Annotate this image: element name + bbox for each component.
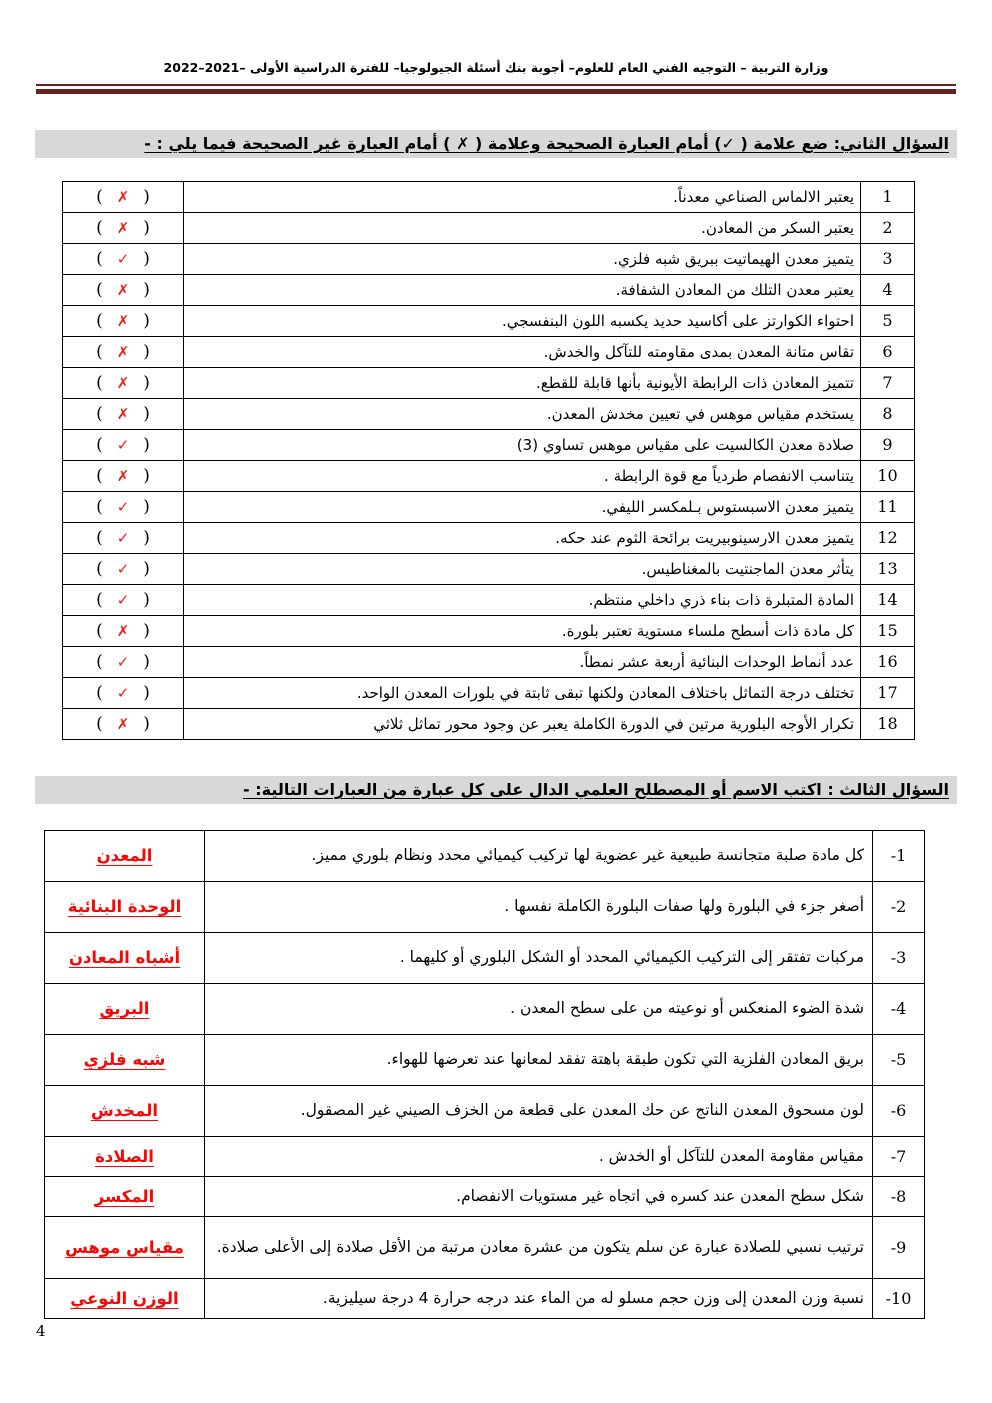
row-number: 6 (861, 336, 915, 367)
table-row: 5احتواء الكوارتز على أكاسيد حديد يكسبه ا… (63, 305, 915, 336)
answer-mark-cell: (✓) (63, 646, 184, 677)
row-number: -3 (873, 932, 925, 983)
statement-text: يتميز معدن الاسبستوس بـلمكسر الليفي. (184, 491, 861, 522)
statement-text: صلادة معدن الكالسيت على مقياس موهس تساوي… (184, 429, 861, 460)
table-row: 10يتناسب الانفصام طردياً مع قوة الرابطة … (63, 460, 915, 491)
row-number: 16 (861, 646, 915, 677)
table-row: 13يتأثر معدن الماجنتيت بالمغناطيس.(✓) (63, 553, 915, 584)
answer-mark-cell: (✗) (63, 274, 184, 305)
statement-text: يتميز معدن الارسينوبيريت برائحة الثوم عن… (184, 522, 861, 553)
paren-open: ( (96, 404, 103, 424)
mark-wrapper: (✗) (64, 187, 182, 207)
row-number: 17 (861, 677, 915, 708)
table-row: -10نسبة وزن المعدن إلى وزن حجم مسلو له م… (45, 1278, 925, 1318)
paren-open: ( (96, 466, 103, 486)
answer-mark-cell: (✓) (63, 584, 184, 615)
paren-close: ) (143, 311, 150, 331)
mark-wrapper: (✗) (64, 373, 182, 393)
mark-wrapper: (✗) (64, 311, 182, 331)
row-number: -9 (873, 1216, 925, 1278)
paren-close: ) (143, 280, 150, 300)
answer-cell: الوحدة البنائية (45, 881, 205, 932)
check-mark: ✓ (117, 653, 130, 671)
paren-open: ( (96, 311, 103, 331)
statement-text: مقياس مقاومة المعدن للتآكل أو الخدش . (205, 1136, 873, 1176)
paren-open: ( (96, 652, 103, 672)
check-mark: ✓ (117, 436, 130, 454)
statement-text: تختلف درجة التماثل باختلاف المعادن ولكنه… (184, 677, 861, 708)
table-row: 7تتميز المعادن ذات الرابطة الأيونية بأنه… (63, 367, 915, 398)
cross-mark: ✗ (117, 715, 130, 733)
row-number: 9 (861, 429, 915, 460)
question3-table: -1كل مادة صلبة متجانسة طبيعية غير عضوية … (44, 830, 925, 1319)
paren-close: ) (143, 218, 150, 238)
statement-text: المادة المتبلرة ذات بناء ذري داخلي منتظم… (184, 584, 861, 615)
cross-mark: ✗ (117, 467, 130, 485)
answer-mark-cell: (✓) (63, 429, 184, 460)
paren-open: ( (96, 342, 103, 362)
answer-cell: المخدش (45, 1085, 205, 1136)
header-divider (36, 84, 956, 94)
mark-wrapper: (✓) (64, 497, 182, 517)
answer-cell: الصلادة (45, 1136, 205, 1176)
answer-mark-cell: (✓) (63, 522, 184, 553)
paren-close: ) (143, 404, 150, 424)
paren-close: ) (143, 528, 150, 548)
paren-close: ) (143, 342, 150, 362)
statement-text: يستخدم مقياس موهس في تعيين مخدش المعدن. (184, 398, 861, 429)
table-row: 18تكرار الأوجه البلورية مرتين في الدورة … (63, 708, 915, 739)
paren-close: ) (143, 373, 150, 393)
row-number: 5 (861, 305, 915, 336)
table-row: 9صلادة معدن الكالسيت على مقياس موهس تساو… (63, 429, 915, 460)
mark-wrapper: (✗) (64, 466, 182, 486)
answer-mark-cell: (✓) (63, 243, 184, 274)
row-number: 13 (861, 553, 915, 584)
answer-text: المعدن (97, 846, 153, 865)
answer-text: البريق (100, 999, 150, 1018)
statement-text: تتميز المعادن ذات الرابطة الأيونية بأنها… (184, 367, 861, 398)
row-number: 7 (861, 367, 915, 398)
answer-cell: أشباه المعادن (45, 932, 205, 983)
row-number: -6 (873, 1085, 925, 1136)
answer-text: الوزن النوعي (70, 1289, 178, 1308)
document-page: وزارة التربية – التوجيه الفني العام للعل… (0, 0, 992, 1403)
table-row: 1يعتبر الالماس الصناعي معدناً.(✗) (63, 181, 915, 212)
paren-open: ( (96, 590, 103, 610)
answer-text: أشباه المعادن (69, 948, 180, 967)
statement-text: يتأثر معدن الماجنتيت بالمغناطيس. (184, 553, 861, 584)
table-row: 2يعتبر السكر من المعادن.(✗) (63, 212, 915, 243)
paren-open: ( (96, 683, 103, 703)
table-row: 12يتميز معدن الارسينوبيريت برائحة الثوم … (63, 522, 915, 553)
paren-close: ) (143, 435, 150, 455)
mark-wrapper: (✓) (64, 559, 182, 579)
check-mark: ✓ (117, 684, 130, 702)
statement-text: لون مسحوق المعدن الناتج عن حك المعدن على… (205, 1085, 873, 1136)
check-mark: ✓ (117, 250, 130, 268)
cross-mark: ✗ (117, 343, 130, 361)
table-row: 6تقاس متانة المعدن بمدى مقاومته للتآكل و… (63, 336, 915, 367)
cross-mark: ✗ (117, 219, 130, 237)
table-row: -9ترتيب نسبي للصلادة عبارة عن سلم يتكون … (45, 1216, 925, 1278)
row-number: 18 (861, 708, 915, 739)
question3-table-body: -1كل مادة صلبة متجانسة طبيعية غير عضوية … (45, 830, 925, 1318)
statement-text: احتواء الكوارتز على أكاسيد حديد يكسبه ال… (184, 305, 861, 336)
mark-wrapper: (✓) (64, 249, 182, 269)
mark-wrapper: (✗) (64, 218, 182, 238)
answer-mark-cell: (✗) (63, 398, 184, 429)
mark-wrapper: (✓) (64, 652, 182, 672)
answer-text: شبه فلزي (84, 1050, 166, 1069)
paren-open: ( (96, 373, 103, 393)
table-row: -1كل مادة صلبة متجانسة طبيعية غير عضوية … (45, 830, 925, 881)
cross-mark: ✗ (117, 622, 130, 640)
paren-open: ( (96, 714, 103, 734)
table-row: 8يستخدم مقياس موهس في تعيين مخدش المعدن.… (63, 398, 915, 429)
answer-mark-cell: (✗) (63, 336, 184, 367)
answer-text: الوحدة البنائية (68, 897, 182, 916)
mark-wrapper: (✗) (64, 280, 182, 300)
table-row: 4يعتبر معدن التلك من المعادن الشفافة.(✗) (63, 274, 915, 305)
row-number: -7 (873, 1136, 925, 1176)
paren-close: ) (143, 249, 150, 269)
question2-table-body: 1يعتبر الالماس الصناعي معدناً.(✗)2يعتبر … (63, 181, 915, 739)
paren-open: ( (96, 249, 103, 269)
row-number: 14 (861, 584, 915, 615)
answer-mark-cell: (✓) (63, 553, 184, 584)
table-row: -5بريق المعادن الفلزية التي تكون طبقة با… (45, 1034, 925, 1085)
answer-cell: الوزن النوعي (45, 1278, 205, 1318)
answer-text: المخدش (91, 1101, 158, 1120)
paren-open: ( (96, 497, 103, 517)
row-number: 2 (861, 212, 915, 243)
paren-open: ( (96, 280, 103, 300)
mark-wrapper: (✓) (64, 683, 182, 703)
question2-title: السؤال الثاني: ضع علامة ( ✓) أمام العبار… (35, 130, 957, 158)
table-row: -2أصغر جزء في البلورة ولها صفات البلورة … (45, 881, 925, 932)
check-mark: ✓ (117, 591, 130, 609)
table-row: -8شكل سطح المعدن عند كسره في اتجاه غير م… (45, 1176, 925, 1216)
mark-wrapper: (✗) (64, 404, 182, 424)
statement-text: كل مادة صلبة متجانسة طبيعية غير عضوية له… (205, 830, 873, 881)
question2-table: 1يعتبر الالماس الصناعي معدناً.(✗)2يعتبر … (62, 181, 915, 740)
check-mark: ✓ (117, 498, 130, 516)
paren-open: ( (96, 218, 103, 238)
row-number: 11 (861, 491, 915, 522)
answer-text: الصلادة (95, 1147, 154, 1166)
cross-mark: ✗ (117, 374, 130, 392)
row-number: 12 (861, 522, 915, 553)
mark-wrapper: (✗) (64, 621, 182, 641)
check-mark: ✓ (117, 529, 130, 547)
answer-mark-cell: (✓) (63, 491, 184, 522)
row-number: 3 (861, 243, 915, 274)
table-row: 3يتميز معدن الهيماتيت ببريق شبه فلزي.(✓) (63, 243, 915, 274)
statement-text: مركبات تفتقر إلى التركيب الكيميائي المحد… (205, 932, 873, 983)
table-row: 11يتميز معدن الاسبستوس بـلمكسر الليفي.(✓… (63, 491, 915, 522)
cross-mark: ✗ (117, 188, 130, 206)
row-number: -2 (873, 881, 925, 932)
mark-wrapper: (✓) (64, 435, 182, 455)
answer-mark-cell: (✗) (63, 212, 184, 243)
paren-close: ) (143, 497, 150, 517)
paren-close: ) (143, 652, 150, 672)
statement-text: كل مادة ذات أسطح ملساء مستوية تعتبر بلور… (184, 615, 861, 646)
table-row: -4شدة الضوء المنعكس أو نوعيته من على سطح… (45, 983, 925, 1034)
statement-text: نسبة وزن المعدن إلى وزن حجم مسلو له من ا… (205, 1278, 873, 1318)
statement-text: تقاس متانة المعدن بمدى مقاومته للتآكل وا… (184, 336, 861, 367)
table-row: -7مقياس مقاومة المعدن للتآكل أو الخدش .ا… (45, 1136, 925, 1176)
table-row: 16عدد أنماط الوحدات البنائية أربعة عشر ن… (63, 646, 915, 677)
row-number: 10 (861, 460, 915, 491)
document-header: وزارة التربية – التوجيه الفني العام للعل… (40, 60, 952, 77)
paren-close: ) (143, 559, 150, 579)
mark-wrapper: (✓) (64, 528, 182, 548)
statement-text: عدد أنماط الوحدات البنائية أربعة عشر نمط… (184, 646, 861, 677)
paren-close: ) (143, 683, 150, 703)
row-number: -8 (873, 1176, 925, 1216)
statement-text: يعتبر الالماس الصناعي معدناً. (184, 181, 861, 212)
cross-mark: ✗ (117, 281, 130, 299)
paren-close: ) (143, 621, 150, 641)
answer-mark-cell: (✗) (63, 305, 184, 336)
answer-cell: المعدن (45, 830, 205, 881)
answer-text: المكسر (95, 1187, 155, 1206)
table-row: -3مركبات تفتقر إلى التركيب الكيميائي الم… (45, 932, 925, 983)
answer-cell: شبه فلزي (45, 1034, 205, 1085)
statement-text: يتناسب الانفصام طردياً مع قوة الرابطة . (184, 460, 861, 491)
table-row: -6لون مسحوق المعدن الناتج عن حك المعدن ع… (45, 1085, 925, 1136)
statement-text: بريق المعادن الفلزية التي تكون طبقة باهت… (205, 1034, 873, 1085)
answer-mark-cell: (✓) (63, 677, 184, 708)
mark-wrapper: (✓) (64, 590, 182, 610)
paren-close: ) (143, 714, 150, 734)
paren-open: ( (96, 621, 103, 641)
paren-open: ( (96, 187, 103, 207)
question3-title: السؤال الثالث : اكتب الاسم أو المصطلح ال… (35, 776, 957, 804)
row-number: 4 (861, 274, 915, 305)
row-number: -10 (873, 1278, 925, 1318)
paren-open: ( (96, 559, 103, 579)
paren-open: ( (96, 528, 103, 548)
statement-text: ترتيب نسبي للصلادة عبارة عن سلم يتكون من… (205, 1216, 873, 1278)
statement-text: شدة الضوء المنعكس أو نوعيته من على سطح ا… (205, 983, 873, 1034)
statement-text: يتميز معدن الهيماتيت ببريق شبه فلزي. (184, 243, 861, 274)
table-row: 15كل مادة ذات أسطح ملساء مستوية تعتبر بل… (63, 615, 915, 646)
statement-text: شكل سطح المعدن عند كسره في اتجاه غير مست… (205, 1176, 873, 1216)
table-row: 17تختلف درجة التماثل باختلاف المعادن ولك… (63, 677, 915, 708)
statement-text: تكرار الأوجه البلورية مرتين في الدورة ال… (184, 708, 861, 739)
answer-text: مقياس موهس (65, 1238, 184, 1257)
paren-close: ) (143, 466, 150, 486)
paren-open: ( (96, 435, 103, 455)
row-number: -1 (873, 830, 925, 881)
cross-mark: ✗ (117, 312, 130, 330)
statement-text: أصغر جزء في البلورة ولها صفات البلورة ال… (205, 881, 873, 932)
cross-mark: ✗ (117, 405, 130, 423)
answer-mark-cell: (✗) (63, 615, 184, 646)
row-number: 1 (861, 181, 915, 212)
answer-mark-cell: (✗) (63, 367, 184, 398)
page-number: 4 (36, 1322, 46, 1340)
statement-text: يعتبر معدن التلك من المعادن الشفافة. (184, 274, 861, 305)
check-mark: ✓ (117, 560, 130, 578)
statement-text: يعتبر السكر من المعادن. (184, 212, 861, 243)
row-number: -5 (873, 1034, 925, 1085)
answer-mark-cell: (✗) (63, 181, 184, 212)
row-number: 15 (861, 615, 915, 646)
paren-close: ) (143, 590, 150, 610)
paren-close: ) (143, 187, 150, 207)
mark-wrapper: (✗) (64, 714, 182, 734)
answer-mark-cell: (✗) (63, 708, 184, 739)
answer-cell: مقياس موهس (45, 1216, 205, 1278)
answer-cell: البريق (45, 983, 205, 1034)
row-number: -4 (873, 983, 925, 1034)
row-number: 8 (861, 398, 915, 429)
answer-mark-cell: (✗) (63, 460, 184, 491)
mark-wrapper: (✗) (64, 342, 182, 362)
answer-cell: المكسر (45, 1176, 205, 1216)
table-row: 14المادة المتبلرة ذات بناء ذري داخلي منت… (63, 584, 915, 615)
